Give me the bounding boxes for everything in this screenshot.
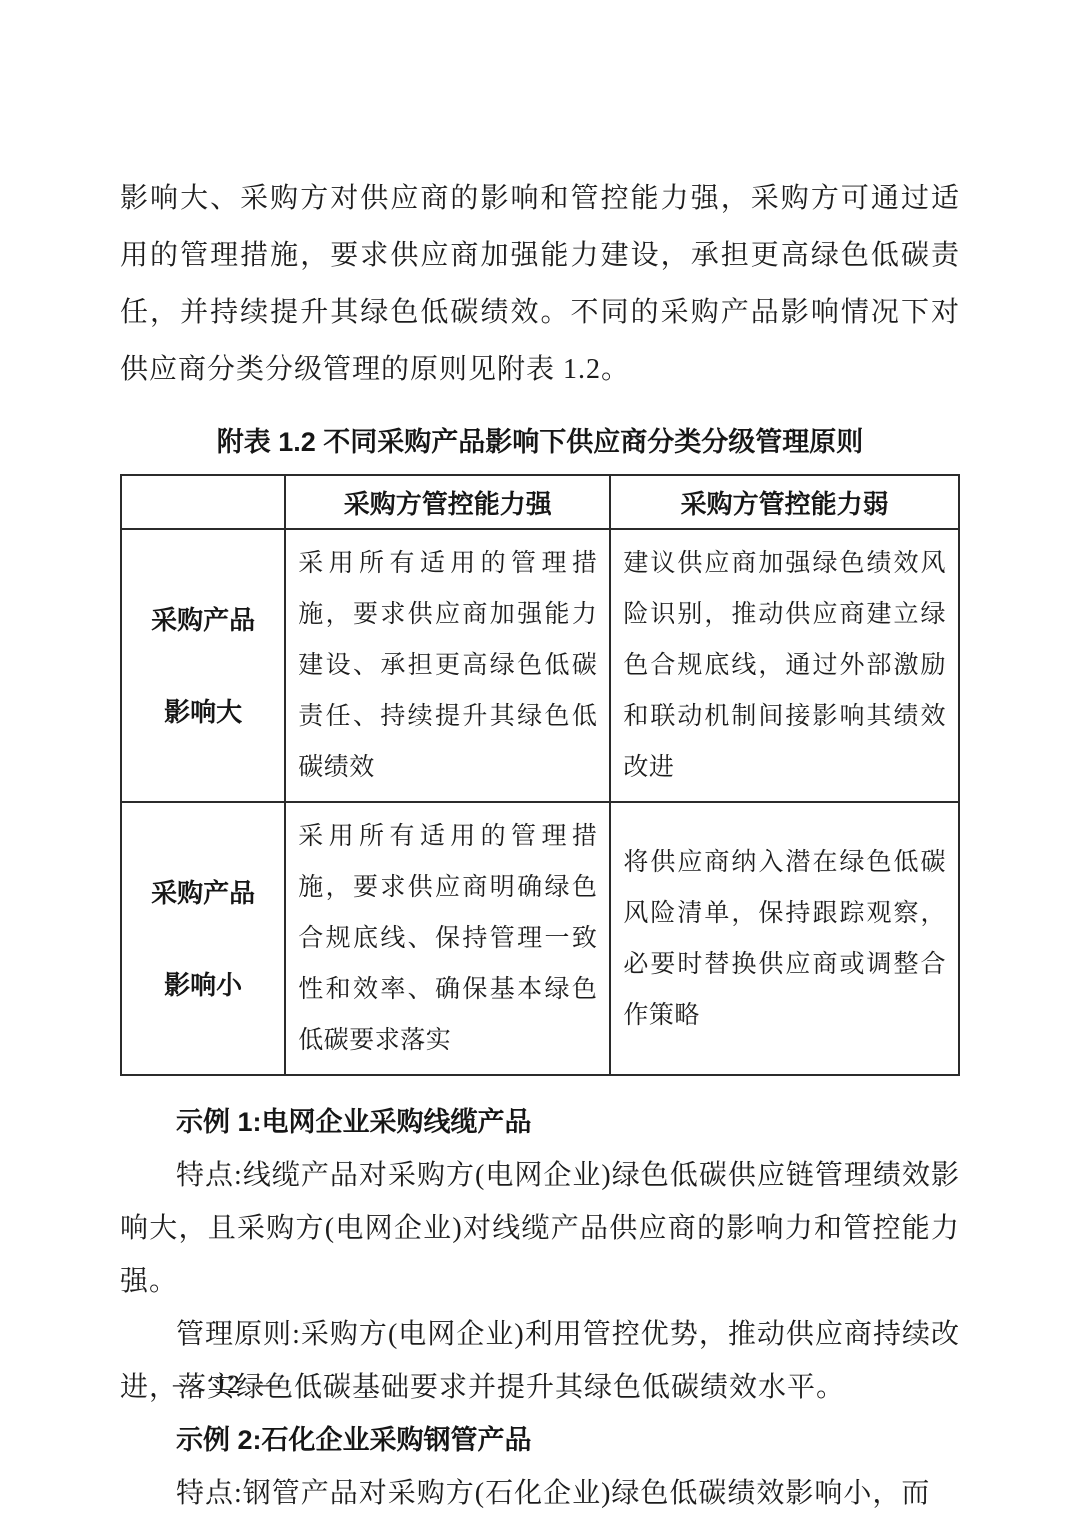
footer-left-dash: — xyxy=(173,1371,198,1399)
row-label-high-impact: 采购产品 影响大 xyxy=(121,529,285,802)
row-label-line: 采购产品 xyxy=(122,847,284,939)
row-label-line: 影响大 xyxy=(122,666,284,758)
table-row: 采购产品 影响小 采用所有适用的管理措施，要求供应商明确绿色合规底线、保持管理一… xyxy=(121,802,959,1075)
example-1-characteristics: 特点:线缆产品对采购方(电网企业)绿色低碳供应链管理绩效影响大，且采购方(电网企… xyxy=(120,1149,960,1308)
example-2-characteristics: 特点:钢管产品对采购方(石化企业)绿色低碳绩效影响小，而 xyxy=(120,1467,960,1520)
page-number: 12 xyxy=(214,1370,240,1400)
intro-paragraph: 影响大、采购方对供应商的影响和管控能力强，采购方可通过适用的管理措施，要求供应商… xyxy=(120,170,960,398)
row-label-line: 影响小 xyxy=(122,939,284,1031)
table-caption: 附表 1.2 不同采购产品影响下供应商分类分级管理原则 xyxy=(120,422,960,462)
page-footer: — 12 — xyxy=(173,1370,281,1400)
table-header-row: 采购方管控能力强 采购方管控能力弱 xyxy=(121,475,959,529)
row-label-line: 采购产品 xyxy=(122,574,284,666)
header-cell-weak-control: 采购方管控能力弱 xyxy=(610,475,959,529)
footer-right-dash: — xyxy=(256,1371,281,1399)
cell-high-impact-strong-control: 采用所有适用的管理措施，要求供应商加强能力建设、承担更高绿色低碳责任、持续提升其… xyxy=(285,529,610,802)
document-page: 影响大、采购方对供应商的影响和管控能力强，采购方可通过适用的管理措施，要求供应商… xyxy=(0,0,1080,1527)
header-cell-strong-control: 采购方管控能力强 xyxy=(285,475,610,529)
cell-low-impact-strong-control: 采用所有适用的管理措施，要求供应商明确绿色合规底线、保持管理一致性和效率、确保基… xyxy=(285,802,610,1075)
example-2-heading: 示例 2:石化企业采购钢管产品 xyxy=(120,1414,960,1467)
cell-low-impact-weak-control: 将供应商纳入潜在绿色低碳风险清单，保持跟踪观察，必要时替换供应商或调整合作策略 xyxy=(610,802,959,1075)
examples-section: 示例 1:电网企业采购线缆产品 特点:线缆产品对采购方(电网企业)绿色低碳供应链… xyxy=(120,1096,960,1520)
row-label-low-impact: 采购产品 影响小 xyxy=(121,802,285,1075)
header-cell-empty xyxy=(121,475,285,529)
example-1-heading: 示例 1:电网企业采购线缆产品 xyxy=(120,1096,960,1149)
cell-high-impact-weak-control: 建议供应商加强绿色绩效风险识别，推动供应商建立绿色合规底线，通过外部激励和联动机… xyxy=(610,529,959,802)
supplier-classification-table: 采购方管控能力强 采购方管控能力弱 采购产品 影响大 采用所有适用的管理措施，要… xyxy=(120,474,960,1076)
table-row: 采购产品 影响大 采用所有适用的管理措施，要求供应商加强能力建设、承担更高绿色低… xyxy=(121,529,959,802)
